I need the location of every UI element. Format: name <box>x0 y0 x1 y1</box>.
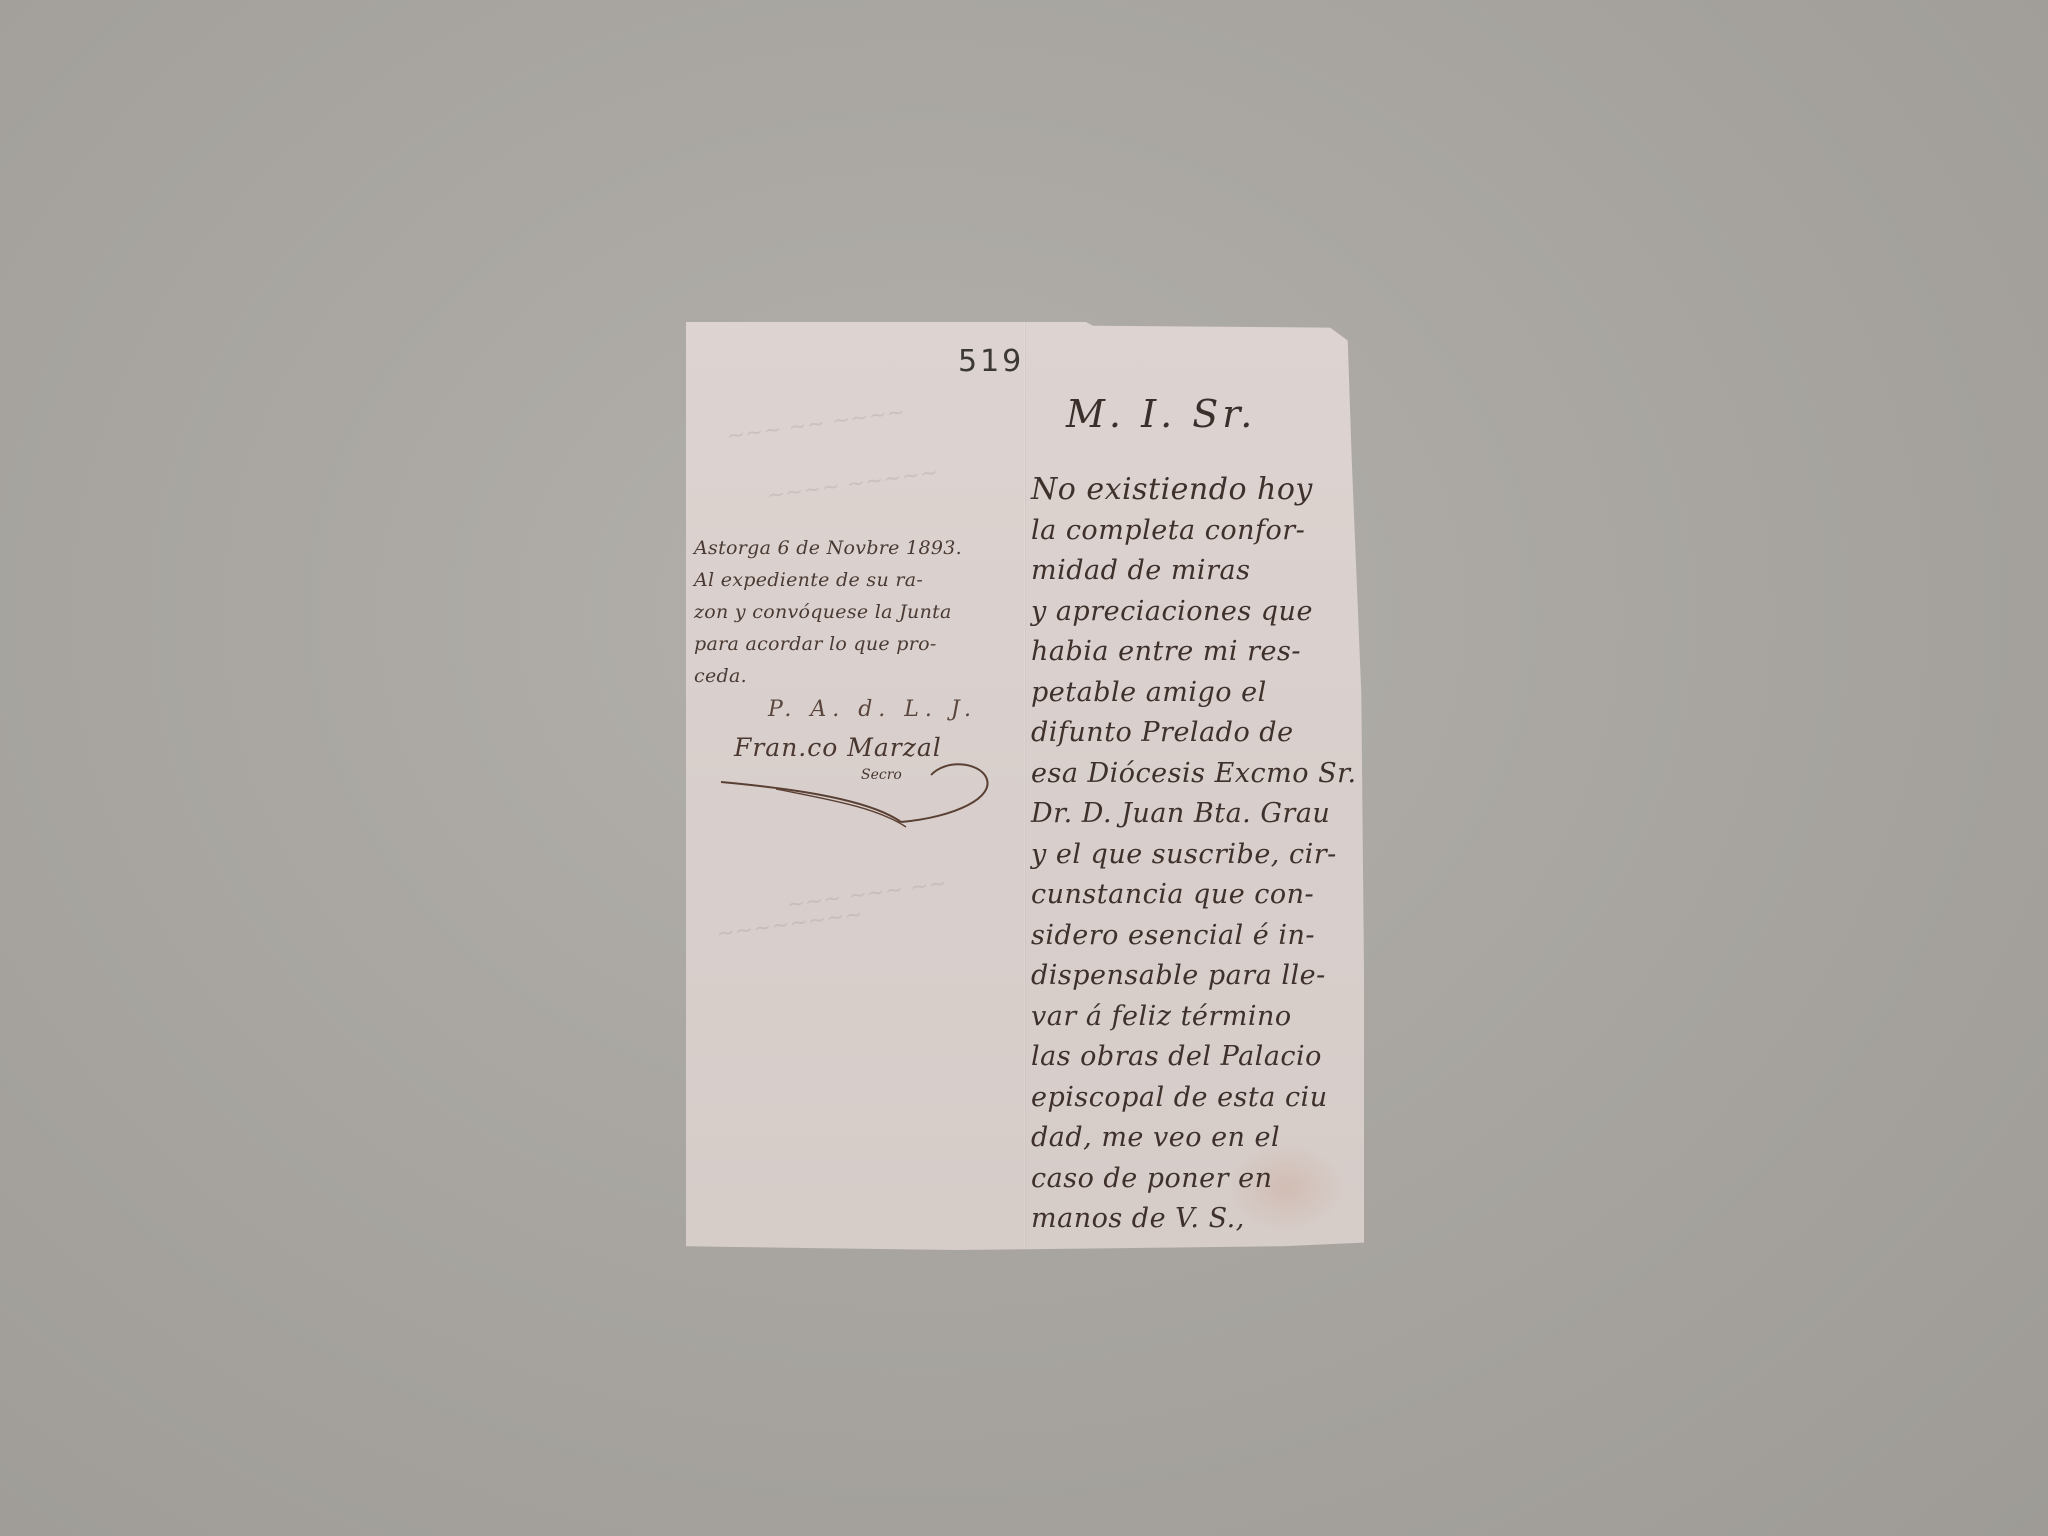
closing-initials: P. A. d. L. J. <box>768 697 977 722</box>
body-line: dispensable para lle- <box>1031 956 1351 997</box>
signature-flourish-icon <box>716 737 1016 837</box>
body-line: episcopal de esta ciu <box>1031 1078 1351 1119</box>
letter-page: ~~~ ~~ ~~~~ ~~~~ ~~~~~ ~~~ ~~~ ~~ ~~~~~~… <box>686 322 1364 1250</box>
body-line: dad, me veo en el <box>1031 1118 1351 1159</box>
body-line: la completa confor- <box>1031 511 1351 552</box>
margin-line: Astorga 6 de Novbre 1893. <box>694 532 1024 564</box>
bleed-through-text: ~~~~ ~~~~~ <box>765 460 940 509</box>
body-line: sidero esencial é in- <box>1031 916 1351 957</box>
body-line: No existiendo hoy <box>1031 470 1351 511</box>
body-line: las obras del Palacio <box>1031 1037 1351 1078</box>
folio-number: 519 <box>958 344 1024 379</box>
letter-body: No existiendo hoy la completa confor- mi… <box>1031 470 1351 1240</box>
margin-line: para acordar lo que pro- <box>694 628 1024 660</box>
bleed-through-text: ~~~ ~~ ~~~~ <box>725 400 907 450</box>
body-line: midad de miras <box>1031 551 1351 592</box>
body-line: petable amigo el <box>1031 673 1351 714</box>
signature-block: P. A. d. L. J. Fran.co Marzal Secro <box>726 697 1026 827</box>
margin-line: Al expediente de su ra- <box>694 564 1024 596</box>
body-line: esa Diócesis Excmo Sr. <box>1031 754 1351 795</box>
body-line: habia entre mi res- <box>1031 632 1351 673</box>
margin-line: ceda. <box>694 660 1024 692</box>
body-line: Dr. D. Juan Bta. Grau <box>1031 794 1351 835</box>
body-line: difunto Prelado de <box>1031 713 1351 754</box>
body-line: cunstancia que con- <box>1031 875 1351 916</box>
body-line: var á feliz término <box>1031 997 1351 1038</box>
body-line: y el que suscribe, cir- <box>1031 835 1351 876</box>
body-line: manos de V. S., <box>1031 1199 1351 1240</box>
body-line: caso de poner en <box>1031 1159 1351 1200</box>
body-line: y apreciaciones que <box>1031 592 1351 633</box>
margin-decree: Astorga 6 de Novbre 1893. Al expediente … <box>694 532 1024 692</box>
salutation: M. I. Sr. <box>1066 392 1256 436</box>
margin-line: zon y convóquese la Junta <box>694 596 1024 628</box>
